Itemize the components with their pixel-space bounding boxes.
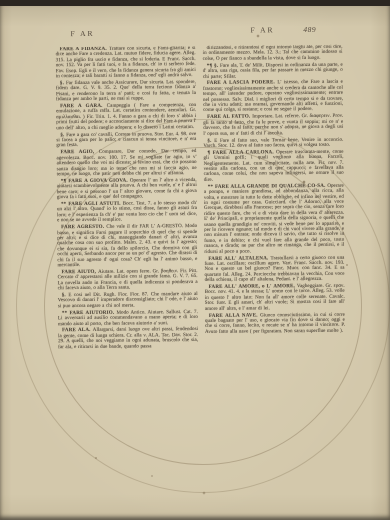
entry-headword: FARE AGRESTO. [61, 225, 106, 230]
entry-headword: FARE A LASCIA PODERE. [207, 81, 278, 87]
entry-paragraph: FARE ALA. Allargarsi, darsi luogo ove al… [58, 327, 198, 350]
entry-headword: FARE AGIO, [60, 150, 98, 155]
scan-background: F AR F AR 489 FARE A FIDANZA. Trattare c… [0, 0, 390, 520]
entry-paragraph: *¶ §. Fare ala, T. de' Milit. Disporsi i… [203, 62, 343, 79]
entry-headword: ** FARE ALLA GRANDE DI QUALCHE CO-SA. [208, 184, 328, 190]
entry-paragraph: FARE ALLA NAVE. Giuoco conosciutissimo, … [205, 312, 345, 335]
running-head: F AR F AR 489 [0, 26, 388, 41]
entry-headword: *¶ §. [207, 63, 220, 68]
running-title-right: F AR [250, 25, 274, 34]
entry-paragraph: FARE A GARA. Campeggia ( Fare a competen… [56, 103, 196, 131]
entry-paragraph: ** FARE AIUTORIO. Modo Antico. Aiutare. … [58, 310, 198, 327]
entry-headword: FARE ALL' AMORE, o L' AMORE, [209, 284, 297, 290]
entry-headword: §. [62, 293, 69, 298]
entry-paragraph: FARE A LASCIA PODERE. L' istesso, che Fa… [203, 80, 343, 114]
entry-paragraph: FARE AGRESTO. Che vale il dir FAR L' A-G… [57, 224, 197, 268]
entry-paragraph: FARE AIUTO, Aiutare. Lat. opem ferre. Gr… [58, 269, 198, 292]
page-content: F AR F AR 489 FARE A FIDANZA. Trattare c… [0, 6, 390, 520]
entry-headword: §. [207, 138, 214, 143]
entry-paragraph: *¶ FARE A GIOVA GIOVA. Operare l' un l' … [57, 178, 197, 201]
entry-paragraph: ** FARE ALLA GRANDE DI QUALCHE CO-SA. Op… [204, 183, 345, 255]
page-number: 489 [303, 25, 316, 34]
entry-paragraph: ** FARE AGLI ASTUTI. Bocc. Test. 7. a lo… [57, 201, 197, 224]
text-columns: FARE A FIDANZA. Trattare con sicurta, e … [56, 45, 346, 427]
entry-headword: FARE A GARA. [60, 104, 107, 109]
entry-headword: FARE ALA. [62, 328, 93, 333]
entry-headword: FARE ALL' ALTALENA. [208, 256, 270, 262]
entry-headword: ** FARE AGLI ASTUTI. [61, 202, 123, 208]
entry-headword: §. [60, 133, 66, 138]
entry-headword: FARE A FIDANZA. [60, 47, 109, 52]
entry-paragraph: dirizzandosi, e ritirandosi d' ogni into… [203, 45, 343, 62]
entry-paragraph: §. Far fidanza vale anche Assicurare, Da… [56, 80, 196, 103]
entry-paragraph: ¶ FARE ALLA CARLONA. Operare trascurata-… [203, 150, 343, 184]
entry-headword: FARE AIUTO, [62, 270, 99, 275]
entry-headword: FARE AL FATTO. [207, 115, 252, 120]
entry-headword: *¶ FARE A GIOVA GIOVA. [61, 178, 130, 184]
entry-headword: §. [60, 81, 66, 86]
entry-paragraph: FARE AGIO, Comparare, Dar comodo, Dar te… [56, 149, 196, 177]
entry-paragraph: §. Fare a gara co' cavalli, Correre in p… [56, 132, 196, 149]
text-column-left: FARE A FIDANZA. Trattare con sicurta, e … [56, 46, 199, 427]
entry-paragraph: FARE ALL' ALTALENA. Trastullarsi a certo… [204, 255, 344, 283]
entry-paragraph: §. E cosi nel Dit. Rugh. Fior. Fior. 87.… [58, 292, 198, 309]
running-title-left: F AR [70, 29, 94, 38]
entry-headword: ¶ FARE ALLA CARLONA. [207, 150, 276, 156]
entry-headword: FARE ALLA NAVE. [209, 313, 260, 318]
text-column-right: dirizzandosi, e ritirandosi d' ogni into… [203, 45, 346, 426]
entry-paragraph: FARE A FIDANZA. Trattare con sicurta, e … [56, 46, 196, 80]
entry-paragraph: §. E Fare al fatto suo, vale Tornar bene… [203, 137, 343, 149]
entry-paragraph: FARE ALL' AMORE, o L' AMORE, Vagheggiare… [205, 284, 345, 312]
entry-headword: ** FARE AIUTORIO. [62, 310, 117, 315]
book-page: F AR F AR 489 FARE A FIDANZA. Trattare c… [0, 6, 390, 520]
entry-paragraph: FARE AL FATTO. Importare. Lat. referre. … [203, 114, 343, 137]
